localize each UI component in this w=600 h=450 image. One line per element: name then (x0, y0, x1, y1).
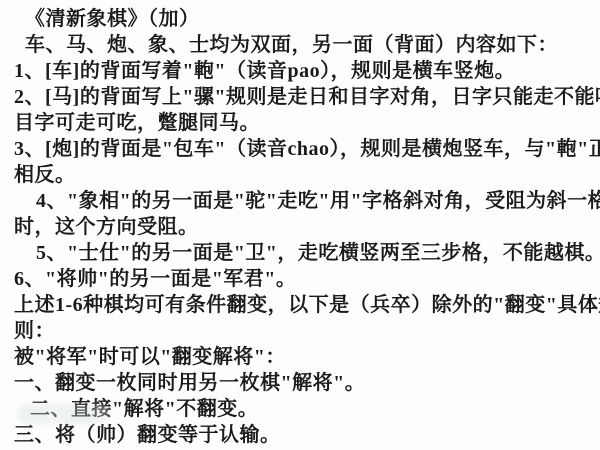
rule-3-line-1: 3、[炮]的背面是"包车"（读音chao），规则是横炮竖车，与"軳"正好 (14, 136, 594, 162)
rule-4-line-1: 4、"象相"的另一面是"驼"走吃"用"字格斜对角，受阻为斜一格有棋 (14, 188, 594, 214)
flip-intro-line-1: 上述1-6种棋均可有条件翻变，以下是（兵卒）除外的"翻变"具体规 (14, 292, 594, 318)
flip-rule-1: 一、翻变一枚同时用另一枚棋"解将"。 (14, 370, 594, 396)
flip-intro-line-2: 则： (14, 318, 594, 344)
rule-6-line: 6、"将帅"的另一面是"军君"。 (14, 266, 594, 292)
flip-rule-3: 三、将（帅）翻变等于认输。 (14, 422, 594, 448)
rule-4-line-2: 时，这个方向受阻。 (14, 214, 594, 240)
doc-title: 《清新象棋》（加） (14, 6, 594, 32)
rule-2-line-2: 目字可走可吃，蹩腿同马。 (14, 110, 594, 136)
document-page: 《清新象棋》（加） 车、马、炮、象、士均为双面，另一面（背面）内容如下： 1、[… (0, 0, 600, 450)
flip-rule-2: 二、直接"解将"不翻变。 (14, 396, 594, 422)
check-rule-heading: 被"将军"时可以"翻变解将"： (14, 344, 594, 370)
rule-1-line: 1、[车]的背面写着"軳"（读音pao），规则是横车竖炮。 (14, 58, 594, 84)
rule-5-line: 5、"士仕"的另一面是"卫"，走吃横竖两至三步格，不能越棋。 (14, 240, 594, 266)
rule-3-line-2: 相反。 (14, 162, 594, 188)
intro-line: 车、马、炮、象、士均为双面，另一面（背面）内容如下： (14, 32, 594, 58)
rule-2-line-1: 2、[马]的背面写上"骡"规则是走日和目字对角，日字只能走不能吃， (14, 84, 594, 110)
